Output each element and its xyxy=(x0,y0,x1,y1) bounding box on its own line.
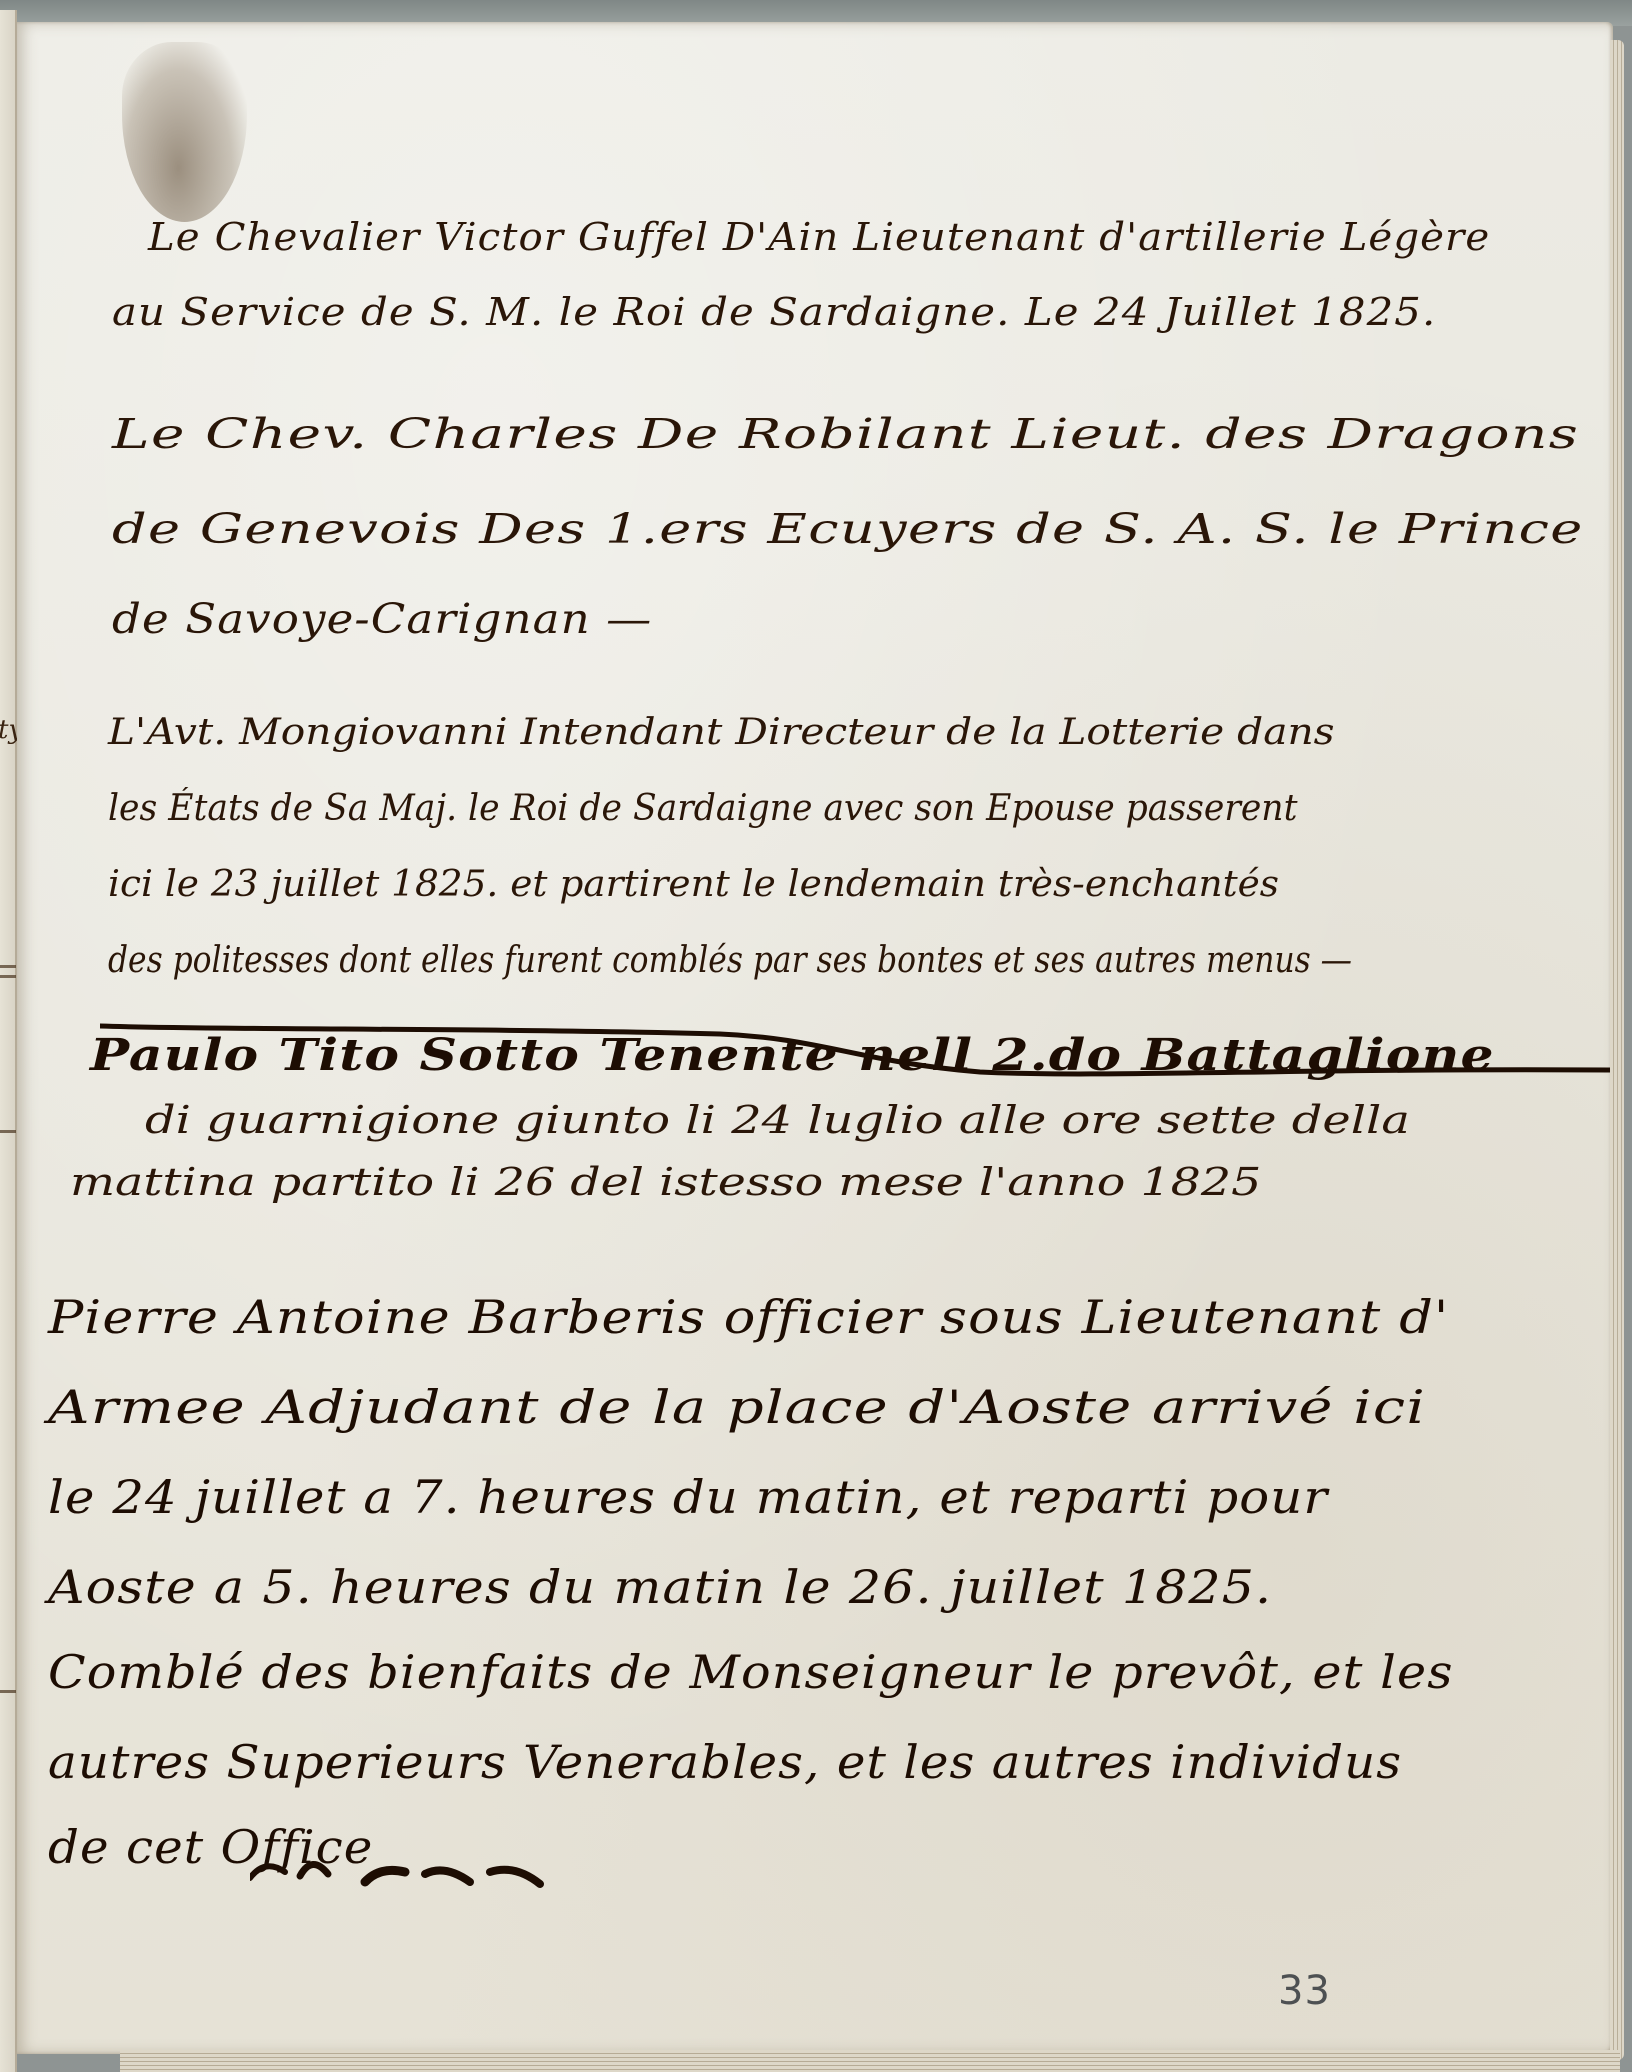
entry-line: Pierre Antoine Barberis officier sous Li… xyxy=(48,1290,1449,1344)
page-stack-edge xyxy=(1610,40,1624,2060)
entry-line: Le Chev. Charles De Robilant Lieut. des … xyxy=(112,410,1579,458)
entry-line: des politesses dont elles furent comblés… xyxy=(108,940,1352,981)
entry-line: de Savoye-Carignan — xyxy=(112,595,652,643)
entry-line: Le Chevalier Victor Guffel D'Ain Lieuten… xyxy=(148,215,1490,259)
entry-line: le 24 juillet a 7. heures du matin, et r… xyxy=(48,1470,1328,1524)
margin-stroke xyxy=(0,965,16,968)
entry-line: Comblé des bienfaits de Monseigneur le p… xyxy=(48,1645,1454,1699)
entry-line: au Service de S. M. le Roi de Sardaigne.… xyxy=(112,290,1436,334)
entry-line: L'Avt. Mongiovanni Intendant Directeur d… xyxy=(108,712,1335,753)
ink-stain xyxy=(122,42,247,222)
previous-page-edge: ty xyxy=(0,10,17,2072)
entry-line: autres Superieurs Venerables, et les aut… xyxy=(48,1735,1402,1789)
page-number: 33 xyxy=(1278,1968,1331,2014)
margin-stroke xyxy=(0,1690,16,1693)
entry-line: mattina partito li 26 del istesso mese l… xyxy=(70,1160,1261,1204)
entry-line: de Genevois Des 1.ers Ecuyers de S. A. S… xyxy=(112,505,1584,553)
margin-stroke xyxy=(0,1130,16,1133)
margin-stroke xyxy=(0,975,16,978)
page-bottom-edge xyxy=(120,2050,1620,2072)
entry-line: di guarnigione giunto li 24 luglio alle … xyxy=(145,1098,1410,1142)
closing-flourish xyxy=(250,1850,550,1890)
entry-line: les États de Sa Maj. le Roi de Sardaigne… xyxy=(108,788,1297,829)
entry-line: Armee Adjudant de la place d'Aoste arriv… xyxy=(48,1380,1426,1434)
entry-line: Aoste a 5. heures du matin le 26. juille… xyxy=(48,1560,1272,1614)
entry-line: Paulo Tito Sotto Tenente nell 2.do Batta… xyxy=(90,1030,1495,1081)
entry-line: ici le 23 juillet 1825. et partirent le … xyxy=(108,864,1279,905)
